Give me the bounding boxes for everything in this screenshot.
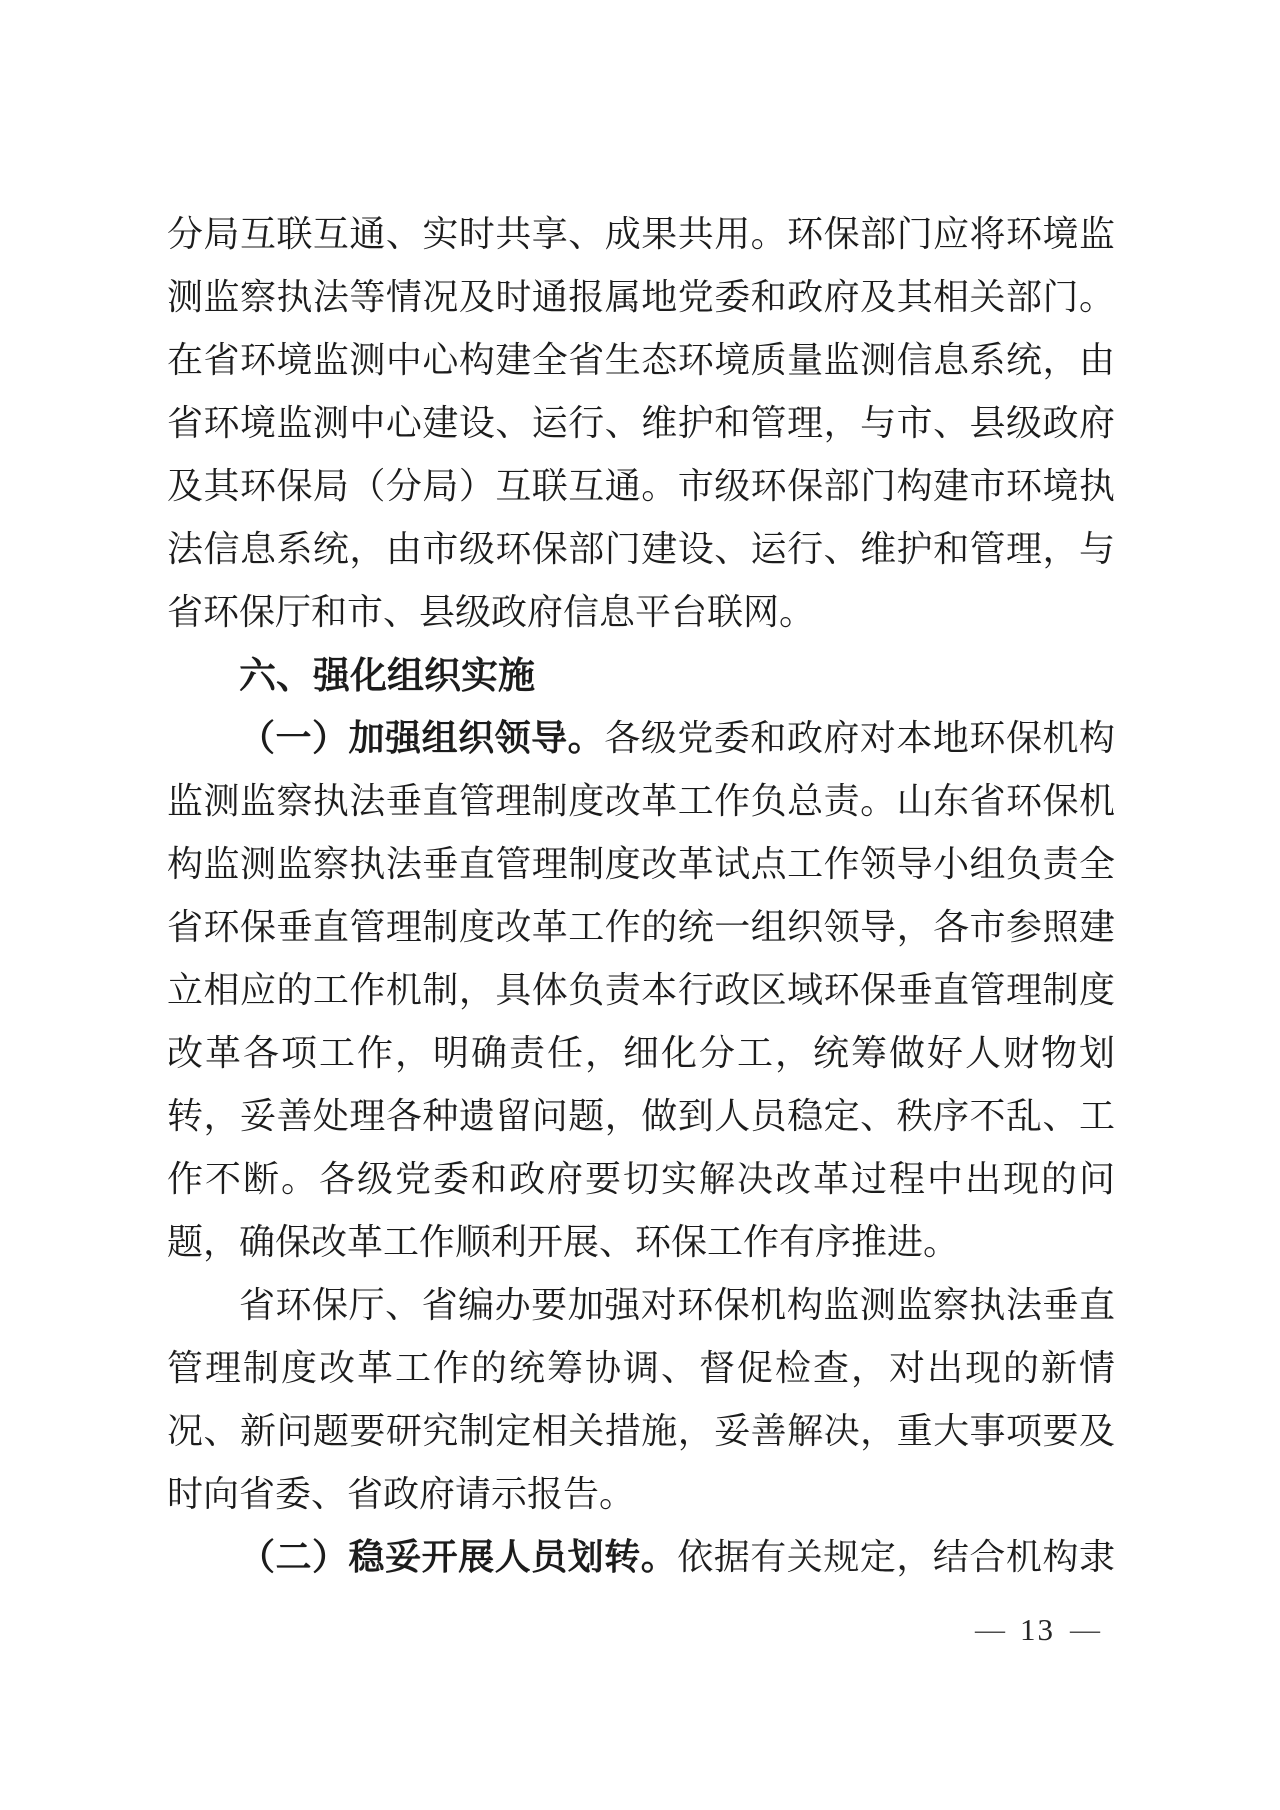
text-line: 测监察执法等情况及时通报属地党委和政府及其相关部门。 [167, 266, 1115, 329]
text-run: 及其环保局（分局）互联互通。市级环保部门构建市环境执 [167, 466, 1115, 506]
text-run: 构监测监察执法垂直管理制度改革试点工作领导小组负责全 [167, 844, 1115, 884]
text-line: 时向省委、省政府请示报告。 [167, 1463, 1115, 1526]
text-line: 法信息系统，由市级环保部门建设、运行、维护和管理，与 [167, 518, 1115, 581]
text-run: 省环境监测中心建设、运行、维护和管理，与市、县级政府 [167, 403, 1115, 443]
text-line: 题，确保改革工作顺利开展、环保工作有序推进。 [167, 1211, 1115, 1274]
bold-run: （一）加强组织领导。 [239, 718, 604, 758]
text-line: 在省环境监测中心构建全省生态环境质量监测信息系统，由 [167, 329, 1115, 392]
text-run: 管理制度改革工作的统筹协调、督促检查，对出现的新情 [167, 1348, 1115, 1388]
text-run: 法信息系统，由市级环保部门建设、运行、维护和管理，与 [167, 529, 1115, 569]
text-run: 省环保垂直管理制度改革工作的统一组织领导，各市参照建 [167, 907, 1115, 947]
text-line: 转，妥善处理各种遗留问题，做到人员稳定、秩序不乱、工 [167, 1085, 1115, 1148]
document-page: 分局互联互通、实时共享、成果共用。环保部门应将环境监测监察执法等情况及时通报属地… [0, 0, 1280, 1810]
text-run: 各级党委和政府对本地环保机构 [604, 718, 1115, 758]
page-footer: — 13 — [975, 1612, 1100, 1648]
text-run: 改革各项工作，明确责任，细化分工，统筹做好人财物划 [167, 1033, 1115, 1073]
text-run: 作不断。各级党委和政府要切实解决改革过程中出现的问 [167, 1159, 1115, 1199]
text-line: 及其环保局（分局）互联互通。市级环保部门构建市环境执 [167, 455, 1115, 518]
text-run: 监测监察执法垂直管理制度改革工作负总责。山东省环保机 [167, 781, 1115, 821]
text-run: 依据有关规定，结合机构隶 [677, 1537, 1115, 1577]
text-line: 立相应的工作机制，具体负责本行政区域环保垂直管理制度 [167, 959, 1115, 1022]
text-line: 监测监察执法垂直管理制度改革工作负总责。山东省环保机 [167, 770, 1115, 833]
text-line: 况、新问题要研究制定相关措施，妥善解决，重大事项要及 [167, 1400, 1115, 1463]
text-line: 管理制度改革工作的统筹协调、督促检查，对出现的新情 [167, 1337, 1115, 1400]
text-run: 测监察执法等情况及时通报属地党委和政府及其相关部门。 [167, 277, 1115, 317]
footer-dash-right: — [1070, 1613, 1100, 1647]
text-line: 省环保垂直管理制度改革工作的统一组织领导，各市参照建 [167, 896, 1115, 959]
text-run: 况、新问题要研究制定相关措施，妥善解决，重大事项要及 [167, 1411, 1115, 1451]
document-body: 分局互联互通、实时共享、成果共用。环保部门应将环境监测监察执法等情况及时通报属地… [167, 203, 1115, 1589]
footer-dash-left: — [975, 1613, 1005, 1647]
text-line: 省环境监测中心建设、运行、维护和管理，与市、县级政府 [167, 392, 1115, 455]
text-run: 分局互联互通、实时共享、成果共用。环保部门应将环境监 [167, 214, 1115, 254]
text-line: 改革各项工作，明确责任，细化分工，统筹做好人财物划 [167, 1022, 1115, 1085]
section-heading: 六、强化组织实施 [167, 644, 1115, 707]
text-line: 分局互联互通、实时共享、成果共用。环保部门应将环境监 [167, 203, 1115, 266]
text-run: 立相应的工作机制，具体负责本行政区域环保垂直管理制度 [167, 970, 1115, 1010]
text-line: （二）稳妥开展人员划转。依据有关规定，结合机构隶 [167, 1526, 1115, 1589]
text-run: 转，妥善处理各种遗留问题，做到人员稳定、秩序不乱、工 [167, 1096, 1115, 1136]
page-number: 13 [1020, 1612, 1055, 1648]
text-run: 省环保厅和市、县级政府信息平台联网。 [167, 592, 815, 632]
text-run: 在省环境监测中心构建全省生态环境质量监测信息系统，由 [167, 340, 1115, 380]
text-line: 作不断。各级党委和政府要切实解决改革过程中出现的问 [167, 1148, 1115, 1211]
text-line: 省环保厅和市、县级政府信息平台联网。 [167, 581, 1115, 644]
text-line: （一）加强组织领导。各级党委和政府对本地环保机构 [167, 707, 1115, 770]
text-run: 时向省委、省政府请示报告。 [167, 1474, 635, 1514]
bold-run: 六、强化组织实施 [239, 655, 535, 696]
bold-run: （二）稳妥开展人员划转。 [239, 1537, 677, 1577]
text-run: 省环保厅、省编办要加强对环保机构监测监察执法垂直 [239, 1285, 1115, 1325]
text-line: 省环保厅、省编办要加强对环保机构监测监察执法垂直 [167, 1274, 1115, 1337]
text-line: 构监测监察执法垂直管理制度改革试点工作领导小组负责全 [167, 833, 1115, 896]
text-run: 题，确保改革工作顺利开展、环保工作有序推进。 [167, 1222, 959, 1262]
